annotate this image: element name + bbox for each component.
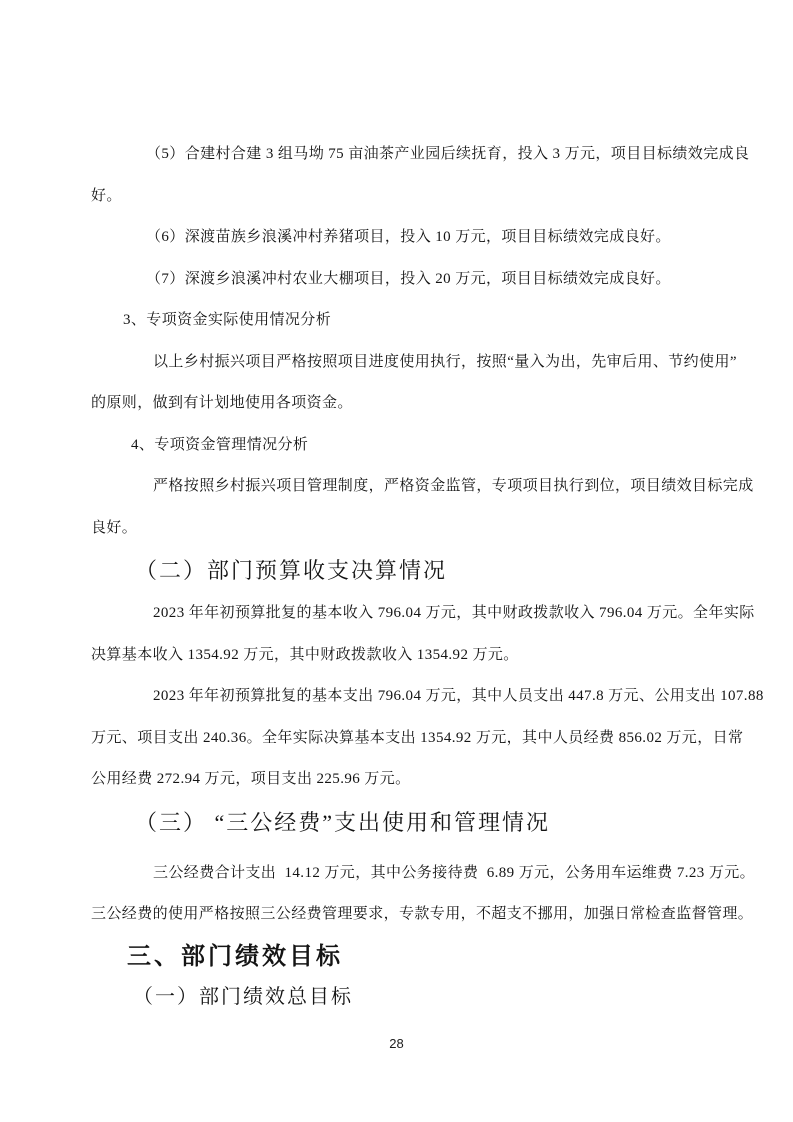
text-line: 4、专项资金管理情况分析 — [91, 425, 703, 467]
body-paragraph: 2023 年年初预算批复的基本支出 796.04 万元，其中人员支出 447.8… — [91, 676, 703, 801]
list-item-paragraph: （6）深渡苗族乡浪溪冲村养猪项目，投入 10 万元，项目目标绩效完成良好。 — [91, 217, 703, 259]
text-line: 三公经费合计支出 14.12 万元，其中公务接待费 6.89 万元，公务用车运维… — [91, 853, 703, 895]
list-item-paragraph: （5）合建村合建 3 组马坳 75 亩油茶产业园后续抚育，投入 3 万元，项目目… — [91, 134, 703, 217]
list-item-paragraph: （7）深渡乡浪溪冲村农业大棚项目，投入 20 万元，项目目标绩效完成良好。 — [91, 259, 703, 301]
text-line: 良好。 — [91, 508, 703, 550]
body-paragraph: 三公经费合计支出 14.12 万元，其中公务接待费 6.89 万元，公务用车运维… — [91, 853, 703, 936]
heading-text: （三） “三公经费”支出使用和管理情况 — [91, 801, 703, 845]
numbered-subheading: 3、专项资金实际使用情况分析 — [91, 300, 703, 342]
document-content: （5）合建村合建 3 组马坳 75 亩油茶产业园后续抚育，投入 3 万元，项目目… — [91, 134, 703, 1019]
text-line: 以上乡村振兴项目严格按照项目进度使用执行，按照“量入为出，先审后用、节约使用” — [91, 342, 703, 384]
text-line: 公用经费 272.94 万元，项目支出 225.96 万元。 — [91, 759, 703, 801]
text-line: 三公经费的使用严格按照三公经费管理要求，专款专用，不超支不挪用，加强日常检查监督… — [91, 894, 703, 936]
body-paragraph: 以上乡村振兴项目严格按照项目进度使用执行，按照“量入为出，先审后用、节约使用” … — [91, 342, 703, 425]
section-heading-level2: （三） “三公经费”支出使用和管理情况 — [91, 801, 703, 845]
heading-text: （二）部门预算收支决算情况 — [91, 549, 703, 593]
body-paragraph: 2023 年年初预算批复的基本收入 796.04 万元，其中财政拨款收入 796… — [91, 593, 703, 676]
document-page: （5）合建村合建 3 组马坳 75 亩油茶产业园后续抚育，投入 3 万元，项目目… — [0, 0, 793, 1122]
text-line: 3、专项资金实际使用情况分析 — [91, 300, 703, 342]
text-line: 万元、项目支出 240.36。全年实际决算基本支出 1354.92 万元，其中人… — [91, 718, 703, 760]
text-line: （6）深渡苗族乡浪溪冲村养猪项目，投入 10 万元，项目目标绩效完成良好。 — [91, 217, 703, 259]
text-line: 好。 — [91, 176, 703, 218]
section-heading-level2: （二）部门预算收支决算情况 — [91, 549, 703, 593]
heading-text: 三、部门绩效目标 — [91, 936, 703, 978]
text-line: 决算基本收入 1354.92 万元，其中财政拨款收入 1354.92 万元。 — [91, 635, 703, 677]
text-line: 的原则，做到有计划地使用各项资金。 — [91, 383, 703, 425]
section-heading-level3: （一）部门绩效总目标 — [91, 977, 703, 1019]
text-line: 2023 年年初预算批复的基本支出 796.04 万元，其中人员支出 447.8… — [91, 676, 703, 718]
text-line: （5）合建村合建 3 组马坳 75 亩油茶产业园后续抚育，投入 3 万元，项目目… — [91, 134, 703, 176]
text-line: 严格按照乡村振兴项目管理制度，严格资金监管，专项项目执行到位，项目绩效目标完成 — [91, 466, 703, 508]
body-paragraph: 严格按照乡村振兴项目管理制度，严格资金监管，专项项目执行到位，项目绩效目标完成 … — [91, 466, 703, 549]
heading-text: （一）部门绩效总目标 — [91, 977, 703, 1019]
text-line: 2023 年年初预算批复的基本收入 796.04 万元，其中财政拨款收入 796… — [91, 593, 703, 635]
section-heading-level1: 三、部门绩效目标 — [91, 936, 703, 978]
numbered-subheading: 4、专项资金管理情况分析 — [91, 425, 703, 467]
text-line: （7）深渡乡浪溪冲村农业大棚项目，投入 20 万元，项目目标绩效完成良好。 — [91, 259, 703, 301]
page-number: 28 — [0, 1036, 793, 1051]
